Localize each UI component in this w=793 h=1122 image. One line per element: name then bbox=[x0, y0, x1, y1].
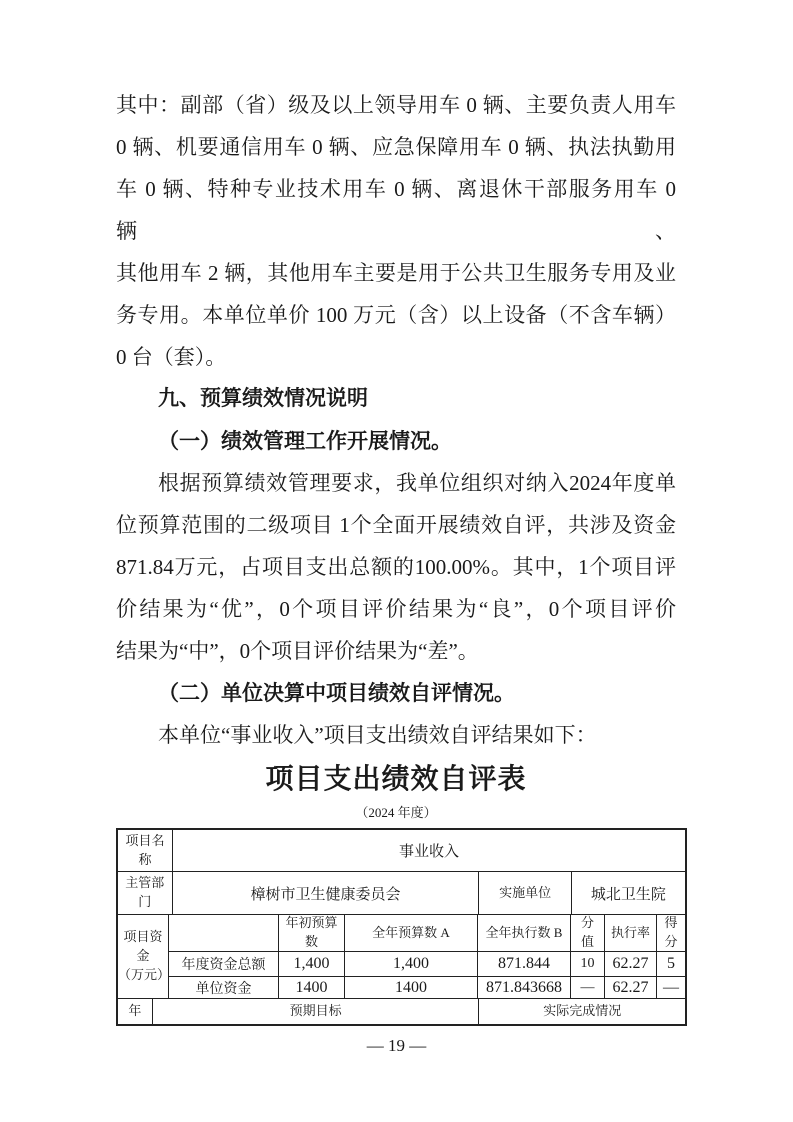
year-budget-cell: 1,400 bbox=[344, 951, 477, 976]
year-execution-cell: 871.844 bbox=[477, 951, 570, 976]
execution-rate-header-cell: 执行率 bbox=[604, 914, 656, 951]
year-execution-cell: 871.843668 bbox=[477, 976, 570, 998]
table-row-project-name: 项目名 称 事业收入 bbox=[118, 830, 685, 871]
department-label-cell: 主管部 门 bbox=[118, 871, 172, 914]
project-name-label-cell: 项目名 称 bbox=[118, 830, 172, 871]
blank-cell bbox=[168, 914, 278, 951]
body-line: 0 辆、机要通信用车 0 辆、应急保障用车 0 辆、执法执勤用 bbox=[116, 126, 676, 168]
score-cell: 5 bbox=[656, 951, 685, 976]
body-line: 车 0 辆、特种专业技术用车 0 辆、离退休干部服务用车 0 辆、 bbox=[116, 168, 676, 252]
initial-budget-cell: 1400 bbox=[278, 976, 344, 998]
body-line: 871.84万元，占项目支出总额的100.00%。其中，1个项目评 bbox=[116, 546, 676, 588]
funds-header-row: 年初预算 数 全年预算数 A 全年执行数 B 分 值 执行率 得 分 bbox=[168, 914, 685, 951]
body-line: 位预算范围的二级项目 1个全面开展绩效自评，共涉及资金 bbox=[116, 504, 676, 546]
body-line: 价结果为“优”，0个项目评价结果为“良”，0个项目评价 bbox=[116, 588, 676, 630]
project-funds-label-cell: 项目资 金 （万元） bbox=[118, 914, 168, 998]
table-subtitle: （2024 年度） bbox=[116, 804, 676, 822]
table-title: 项目支出绩效自评表 bbox=[116, 762, 676, 798]
project-funds-grid: 年初预算 数 全年预算数 A 全年执行数 B 分 值 执行率 得 分 年度资金总… bbox=[168, 914, 685, 998]
table-row-department: 主管部 门 樟树市卫生健康委员会 实施单位 城北卫生院 bbox=[118, 871, 685, 914]
points-cell: 10 bbox=[570, 951, 604, 976]
body-line: 结果为“中”，0个项目评价结果为“差”。 bbox=[116, 630, 676, 672]
department-value-cell: 樟树市卫生健康委员会 bbox=[172, 871, 479, 914]
initial-budget-cell: 1,400 bbox=[278, 951, 344, 976]
expected-goal-header-cell: 预期目标 bbox=[152, 998, 479, 1024]
points-header-cell: 分 值 bbox=[570, 914, 604, 951]
subsection-heading-performance-management: （一）绩效管理工作开展情况。 bbox=[116, 420, 676, 462]
body-line: 务专用。本单位单价 100 万元（含）以上设备（不含车辆） bbox=[116, 294, 676, 336]
year-budget-cell: 1400 bbox=[344, 976, 477, 998]
section-heading-budget-performance: 九、预算绩效情况说明 bbox=[116, 378, 676, 420]
paragraph-vehicle-counts: 其中：副部（省）级及以上领导用车 0 辆、主要负责人用车 0 辆、机要通信用车 … bbox=[116, 84, 676, 378]
implementing-unit-label-cell: 实施单位 bbox=[478, 871, 570, 914]
table-row-year-goals: 年 预期目标 实际完成情况 bbox=[118, 998, 685, 1024]
actual-completion-header-cell: 实际完成情况 bbox=[478, 998, 685, 1024]
execution-rate-cell: 62.27 bbox=[604, 951, 656, 976]
year-execution-header-cell: 全年执行数 B bbox=[477, 914, 570, 951]
body-line: 其他用车 2 辆，其他用车主要是用于公共卫生服务专用及业 bbox=[116, 252, 676, 294]
execution-rate-cell: 62.27 bbox=[604, 976, 656, 998]
performance-self-evaluation-table: 项目名 称 事业收入 主管部 门 樟树市卫生健康委员会 实施单位 城北卫生院 项… bbox=[116, 828, 687, 1026]
year-budget-header-cell: 全年预算数 A bbox=[344, 914, 477, 951]
score-header-cell: 得 分 bbox=[656, 914, 685, 951]
initial-budget-header-cell: 年初预算 数 bbox=[278, 914, 344, 951]
implementing-unit-value-cell: 城北卫生院 bbox=[571, 871, 685, 914]
body-line: 其中：副部（省）级及以上领导用车 0 辆、主要负责人用车 bbox=[116, 84, 676, 126]
score-cell: — bbox=[656, 976, 685, 998]
funds-total-row: 年度资金总额 1,400 1,400 871.844 10 62.27 5 bbox=[168, 951, 685, 976]
intro-line: 本单位“事业收入”项目支出绩效自评结果如下： bbox=[116, 714, 676, 756]
subsection-heading-project-self-evaluation: （二）单位决算中项目绩效自评情况。 bbox=[116, 672, 676, 714]
row-label-cell: 年度资金总额 bbox=[168, 951, 278, 976]
body-line: 根据预算绩效管理要求，我单位组织对纳入2024年度单 bbox=[116, 462, 676, 504]
project-name-value-cell: 事业收入 bbox=[172, 830, 685, 871]
document-page: 其中：副部（省）级及以上领导用车 0 辆、主要负责人用车 0 辆、机要通信用车 … bbox=[0, 0, 793, 1122]
page-content: 其中：副部（省）级及以上领导用车 0 辆、主要负责人用车 0 辆、机要通信用车 … bbox=[116, 84, 688, 1026]
paragraph-self-evaluation: 根据预算绩效管理要求，我单位组织对纳入2024年度单 位预算范围的二级项目 1个… bbox=[116, 462, 676, 672]
unit-funds-row: 单位资金 1400 1400 871.843668 — 62.27 — bbox=[168, 976, 685, 998]
table-row-project-funds: 项目资 金 （万元） 年初预算 数 全年预算数 A 全年执行数 B 分 值 执行… bbox=[118, 914, 685, 998]
row-label-cell: 单位资金 bbox=[168, 976, 278, 998]
page-number: — 19 — bbox=[0, 1036, 793, 1056]
year-label-cell: 年 bbox=[118, 998, 152, 1024]
body-line: 0 台（套）。 bbox=[116, 336, 676, 378]
points-cell: — bbox=[570, 976, 604, 998]
